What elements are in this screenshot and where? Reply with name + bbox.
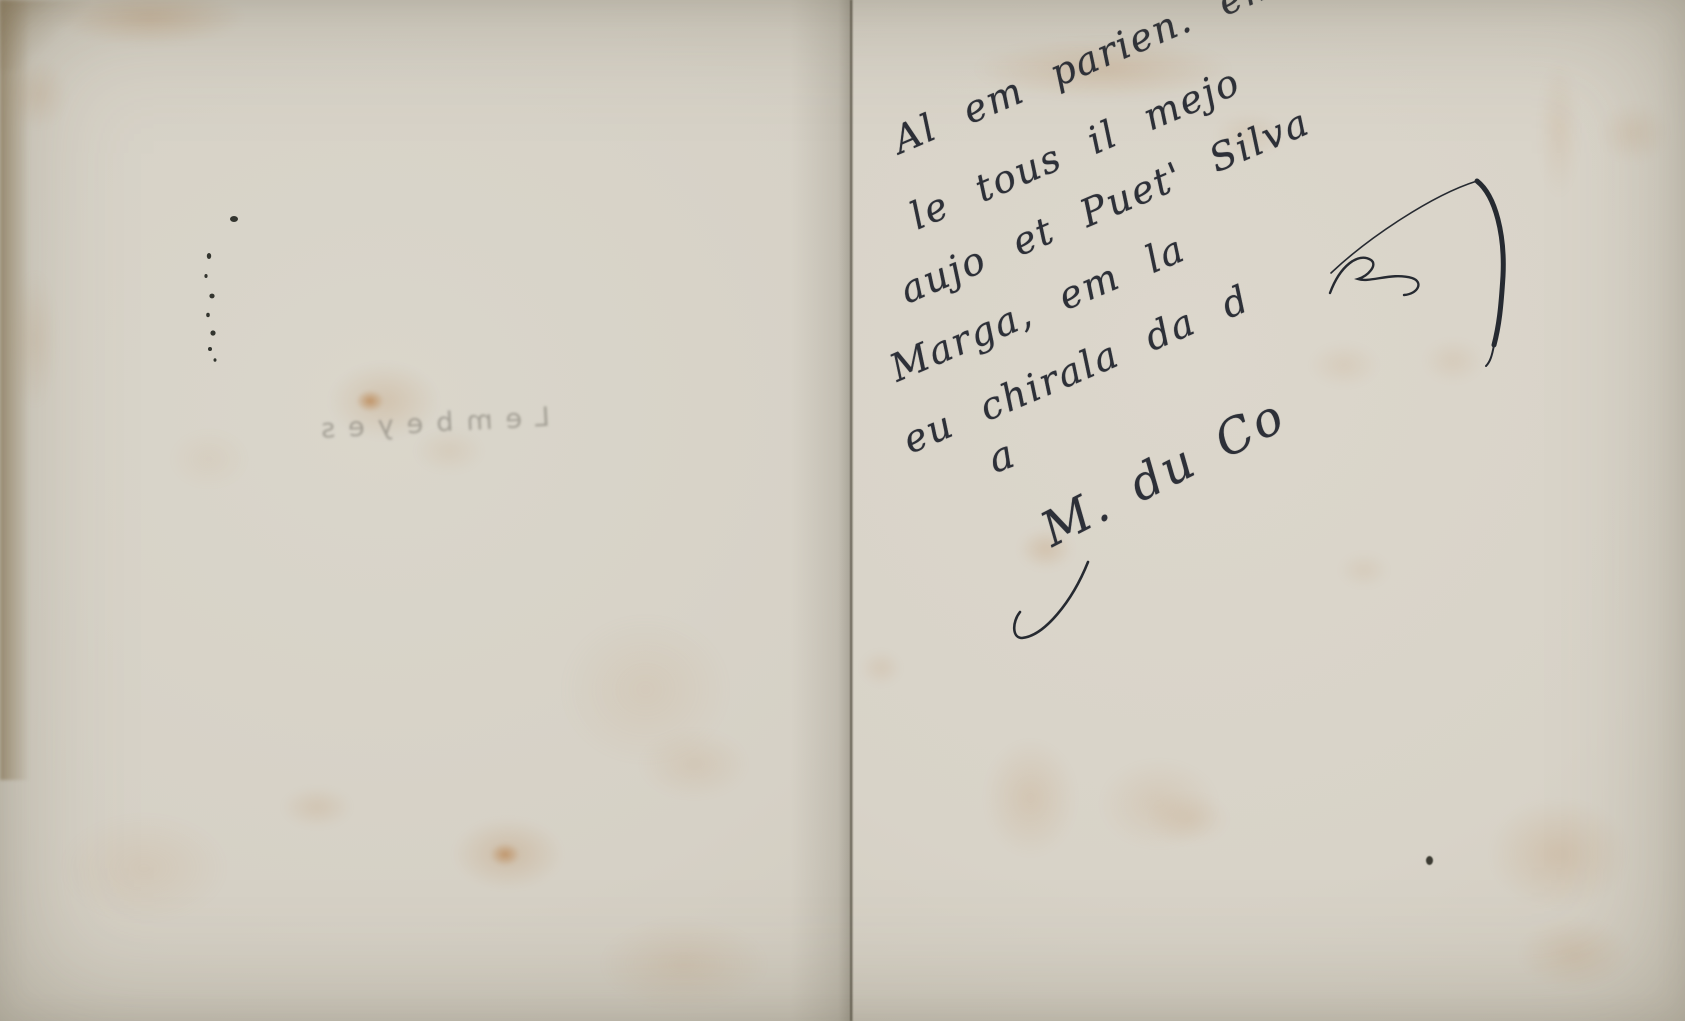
foxing-stain [1538, 58, 1580, 200]
foxing-stain [983, 738, 1078, 858]
foxing-stain [490, 843, 520, 866]
foxing-stain [860, 650, 902, 686]
foxing-stain [356, 390, 384, 412]
foxing-stain [638, 728, 750, 800]
open-book-photo: Lembeyes Al em parien. en le tous il mej… [0, 0, 1685, 1021]
foxing-stain [1518, 918, 1630, 990]
gutter-shadow [790, 0, 854, 1021]
foxing-stain [281, 786, 353, 828]
foxing-stain [1598, 102, 1670, 164]
gutter-fold-line [850, 0, 852, 1021]
foxing-stain [1488, 798, 1630, 910]
foxing-stain [58, 812, 230, 924]
ink-speck [1426, 856, 1433, 865]
foxing-stain [1422, 338, 1484, 384]
foxing-stain [168, 428, 250, 490]
foxing-stain [1308, 342, 1380, 388]
foxing-stain [598, 918, 770, 1010]
foxing-stain [1338, 552, 1390, 588]
foxing-stain [8, 58, 68, 130]
foxing-stain [12, 268, 58, 410]
foxing-stain [1148, 793, 1230, 845]
